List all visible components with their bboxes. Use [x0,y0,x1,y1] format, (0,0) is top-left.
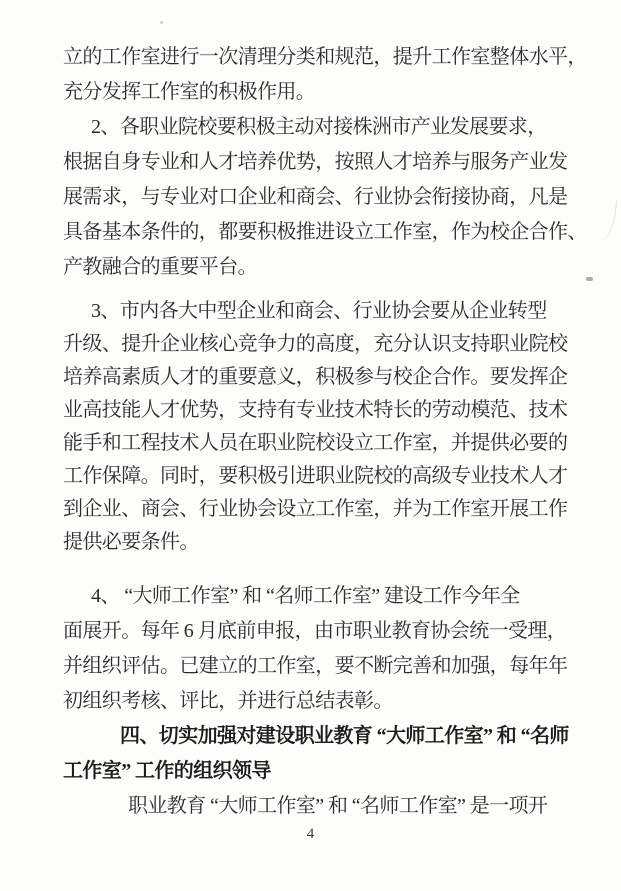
text-line: 工作保障。同时，要积极引进职业院校的高级专业技术人才 [63,460,608,493]
text-line-numbered-item-2: 2、各职业院校要积极主动对接株洲市产业发展要求， [63,110,608,145]
text-line: 展需求，与专业对口企业和商会、行业协会衔接协商，凡是 [63,180,608,215]
text-line: 升级、提升企业核心竞争力的高度，充分认识支持职业院校 [63,328,608,361]
text-line: 面展开。每年 6 月底前申报，由市职业教育协会统一受理， [63,614,608,649]
text-line: 培养高素质人才的重要意义，积极参与校企合作。要发挥企 [63,361,608,394]
document-page: 立的工作室进行一次清理分类和规范，提升工作室整体水平， 充分发挥工作室的积极作用… [0,0,621,891]
scan-artifact [586,277,593,281]
section-heading-line: 四、切实加强对建设职业教育 “大师工作室” 和 “名师 [63,719,608,754]
text-line: 到企业、商会、行业协会设立工作室，并为工作室开展工作 [63,493,608,526]
text-line: 充分发挥工作室的积极作用。 [63,75,608,110]
page-number: 4 [0,826,621,843]
text-line: 能手和工程技术人员在职业院校设立工作室，并提供必要的 [63,427,608,460]
document-text-block: 立的工作室进行一次清理分类和规范，提升工作室整体水平， 充分发挥工作室的积极作用… [63,40,608,824]
text-line: 职业教育 “大师工作室” 和 “名师工作室” 是一项开 [63,789,608,824]
text-line: 并组织评估。已建立的工作室，要不断完善和加强，每年年 [63,649,608,684]
section-heading-line: 工作室” 工作的组织领导 [63,754,608,789]
text-line: 产教融合的重要平台。 [63,250,608,285]
text-line: 业高技能人才优势，支持有专业技术特长的劳动模范、技术 [63,394,608,427]
text-line: 具备基本条件的，都要积极推进设立工作室，作为校企合作、 [63,215,608,250]
scan-artifact [596,199,617,243]
text-line-numbered-item-4: 4、 “大师工作室” 和 “名师工作室” 建设工作今年全 [63,579,608,614]
text-line: 根据自身专业和人才培养优势，按照人才培养与服务产业发 [63,145,608,180]
text-line: 提供必要条件。 [63,526,608,559]
text-line: 立的工作室进行一次清理分类和规范，提升工作室整体水平， [63,40,608,75]
text-line-numbered-item-3: 3、市内各大中型企业和商会、行业协会要从企业转型 [63,295,608,328]
scan-artifact [160,21,163,24]
text-line: 初组织考核、评比，并进行总结表彰。 [63,684,608,719]
